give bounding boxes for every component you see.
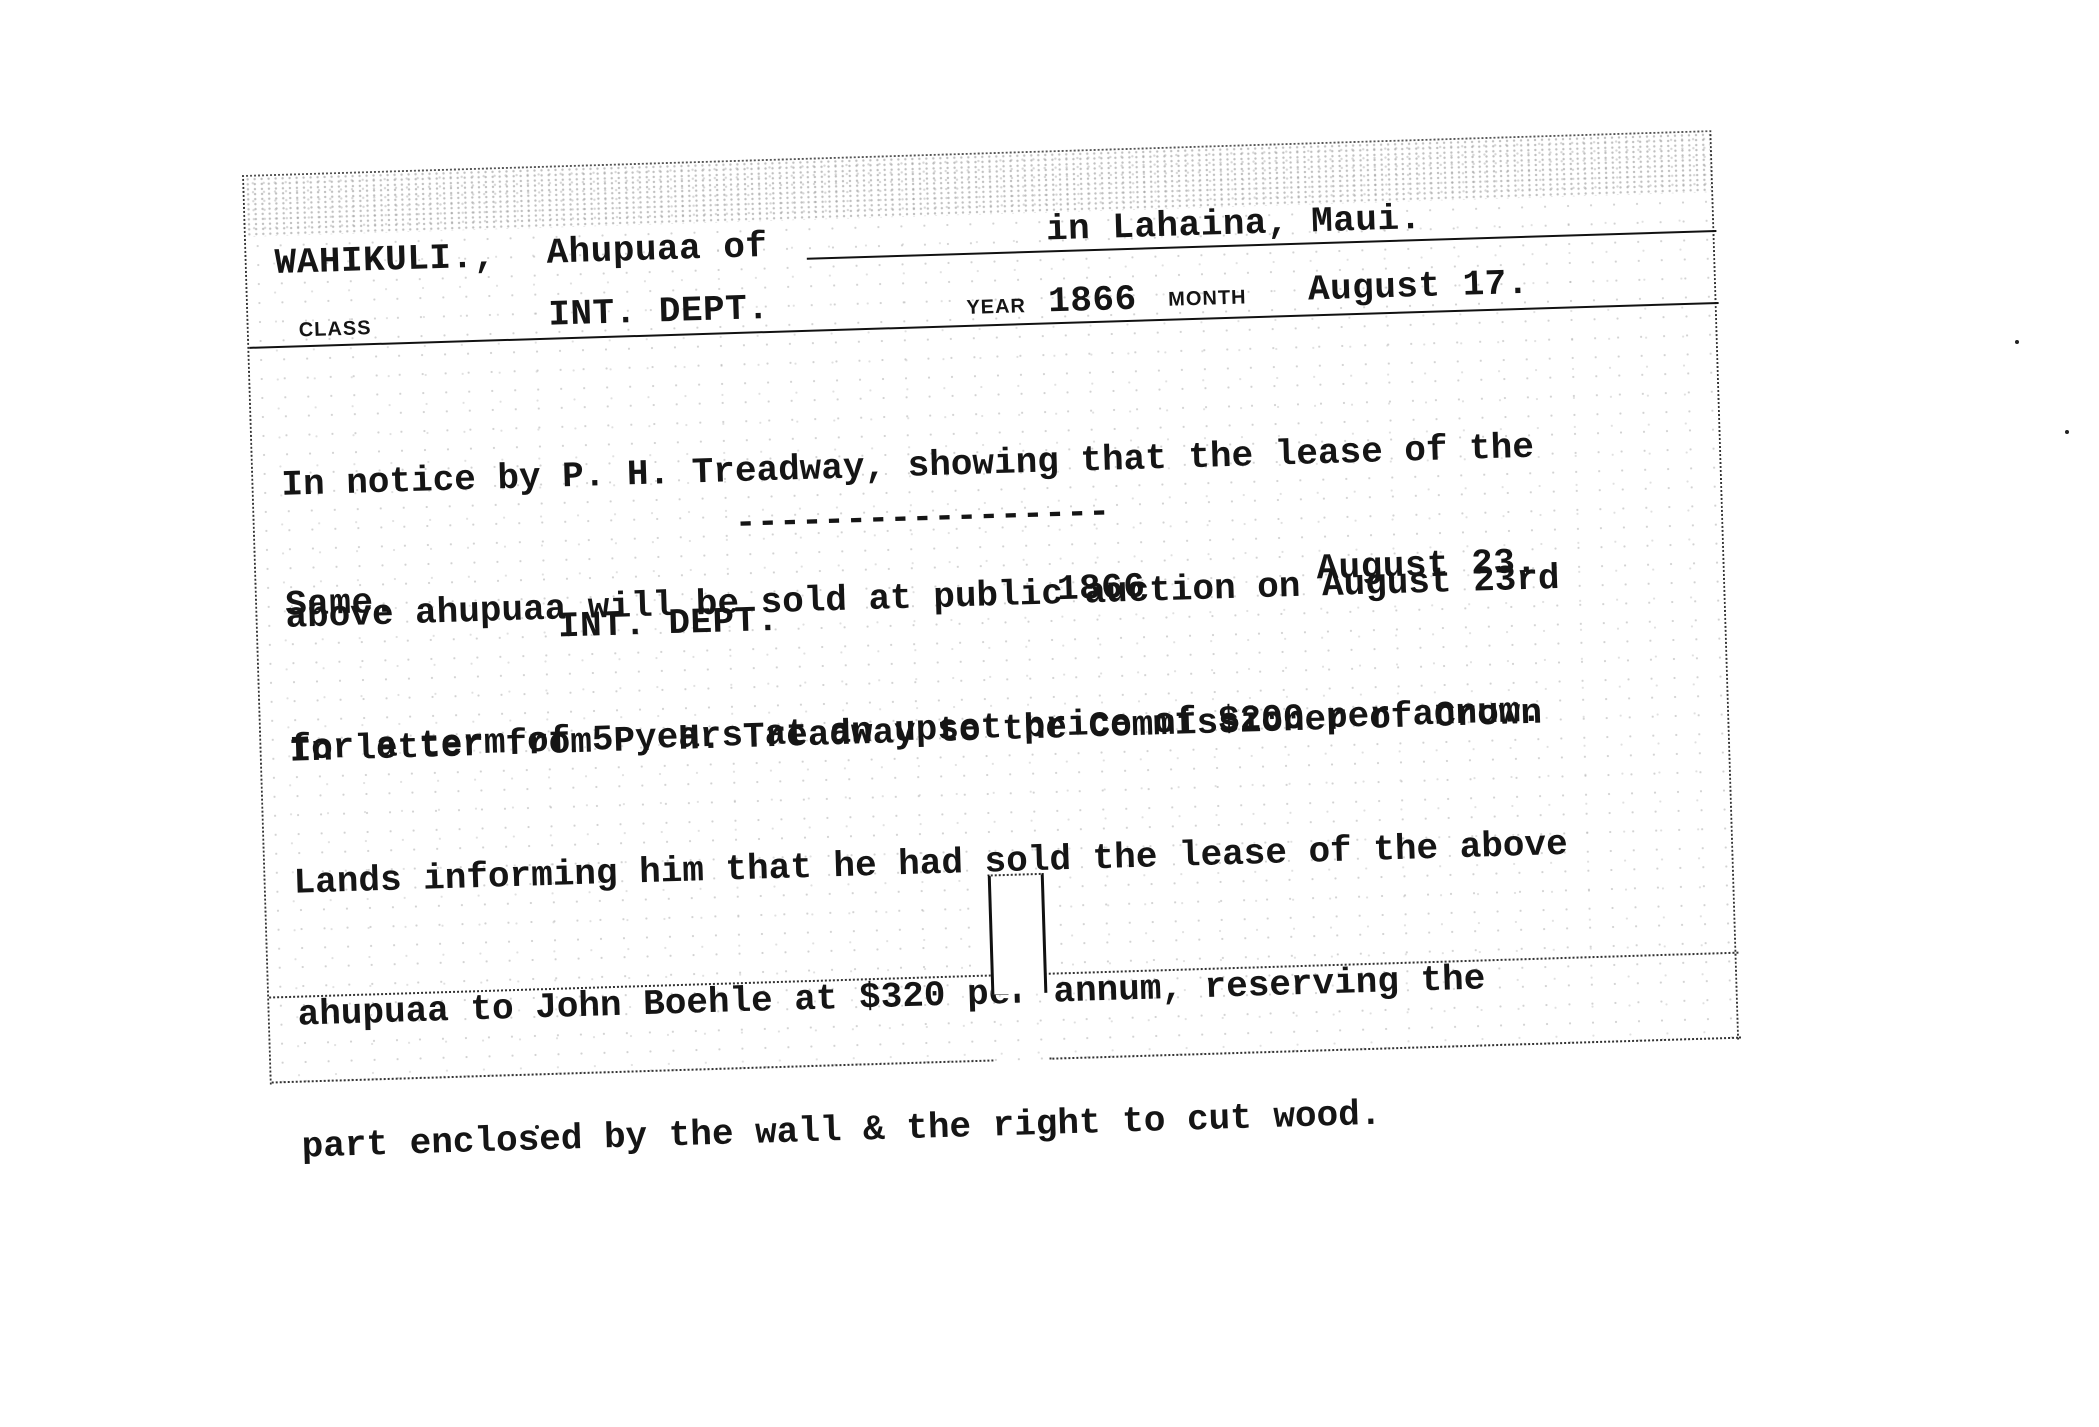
year-label: YEAR bbox=[966, 295, 1026, 320]
entry-2-text: In letter from P. H. Treadway to the Com… bbox=[286, 603, 1579, 1258]
month-value: August 17. bbox=[1307, 264, 1529, 311]
card-scan-noise-top bbox=[244, 132, 1711, 237]
entry-1-line: In notice by P. H. Treadway, showing tha… bbox=[281, 425, 1556, 508]
card-rod-notch bbox=[988, 873, 1048, 995]
year-value: 1866 bbox=[1048, 280, 1138, 323]
entry-2-line: part enclosed by the wall & the right to… bbox=[301, 1087, 1576, 1170]
entry-2-line: In letter from P. H. Treadway to the Com… bbox=[289, 691, 1564, 774]
scan-speck bbox=[2015, 340, 2019, 344]
class-label: CLASS bbox=[298, 317, 371, 342]
place-name: WAHIKULI., bbox=[274, 237, 496, 284]
index-card: WAHIKULI., Ahupuaa of in Lahaina, Maui. … bbox=[242, 130, 1739, 1084]
entry-2-date: August 23. bbox=[1316, 543, 1538, 590]
month-label: MONTH bbox=[1168, 286, 1247, 311]
entry-2-line: ahupuaa to John Boehle at $320 per annum… bbox=[297, 955, 1572, 1038]
ahupuaa-label: Ahupuaa of bbox=[546, 227, 768, 274]
scanned-page: WAHIKULI., Ahupuaa of in Lahaina, Maui. … bbox=[0, 0, 2099, 1427]
scan-speck bbox=[2065, 430, 2069, 434]
entry-2-line: Lands informing him that he had sold the… bbox=[293, 823, 1568, 906]
class-value: INT. DEPT. bbox=[548, 289, 770, 336]
entry-2-title: Same. bbox=[285, 583, 397, 626]
entry-2-year: 1866 bbox=[1056, 568, 1146, 611]
